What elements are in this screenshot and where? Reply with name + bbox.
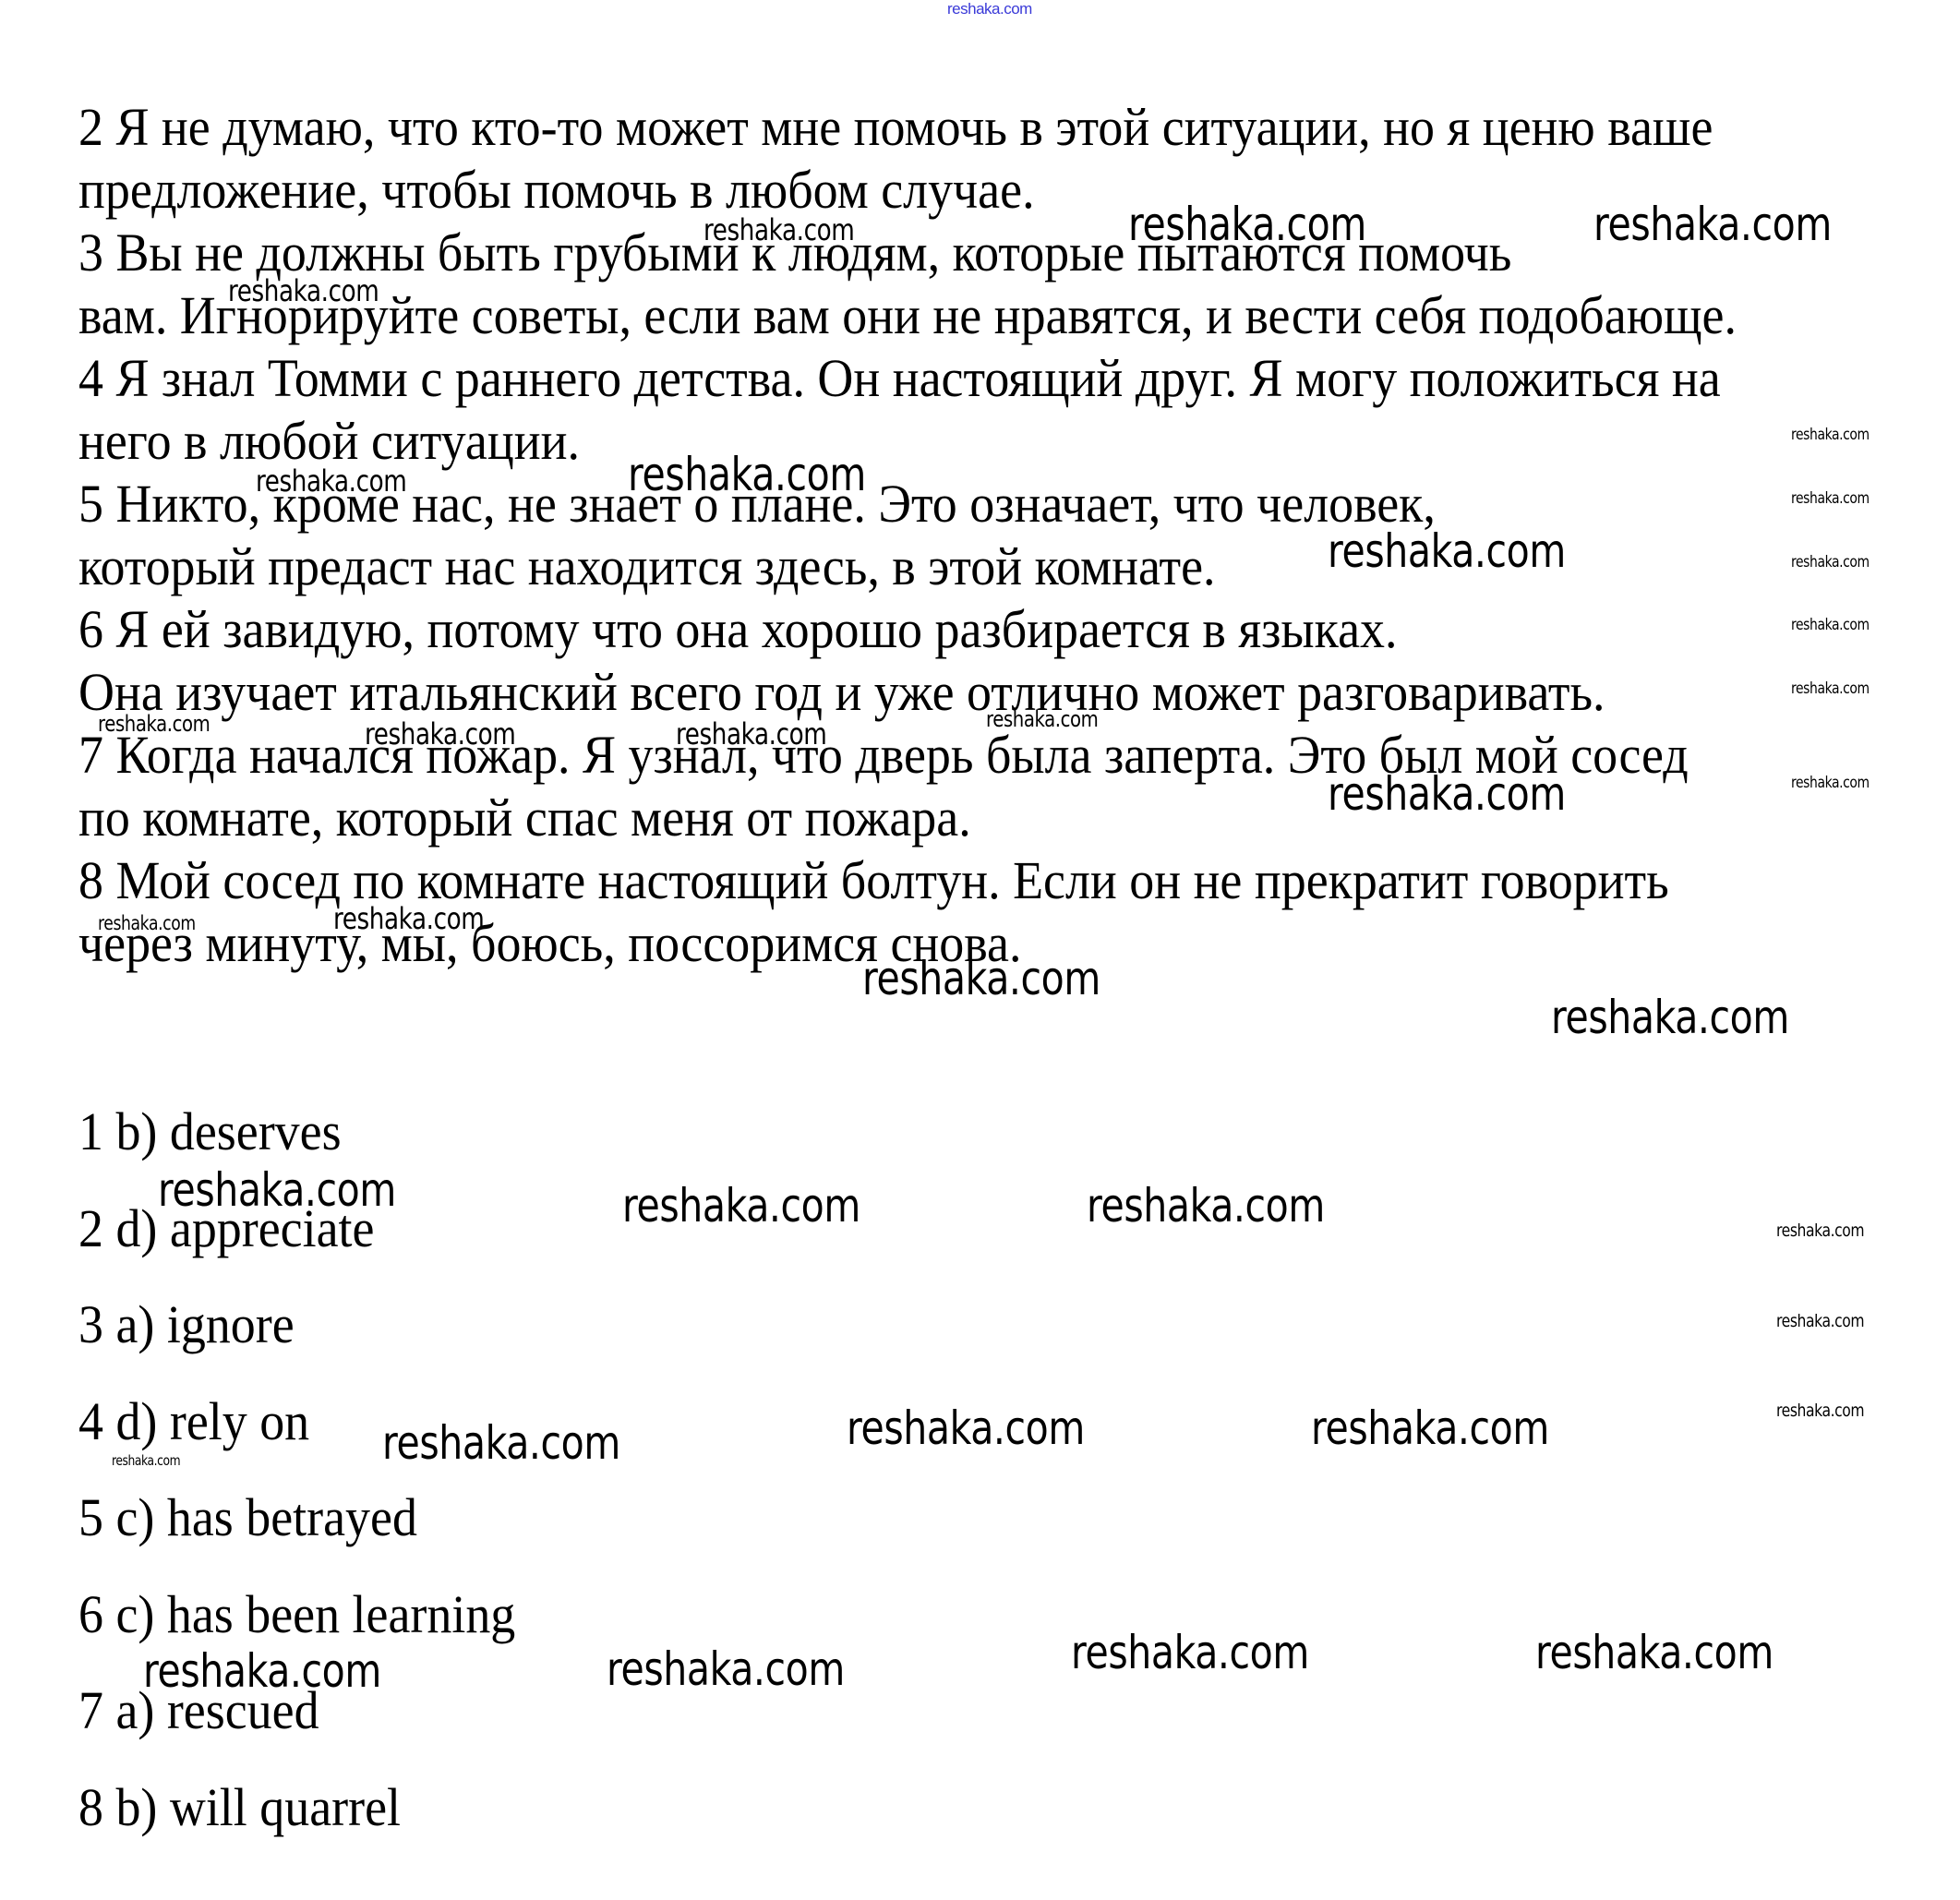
header-site-link[interactable]: reshaka.com	[947, 0, 1032, 18]
answer-item: 8 b) will quarrel	[78, 1776, 515, 1873]
watermark: reshaka.com	[143, 1646, 381, 1696]
watermark: reshaka.com	[365, 718, 515, 750]
watermark: reshaka.com	[607, 1644, 845, 1694]
watermark: reshaka.com	[256, 465, 406, 497]
translation-line: 8 Мой сосед по комнате настоящий болтун.…	[78, 849, 1737, 912]
watermark: reshaka.com	[1791, 680, 1870, 698]
translation-line: предложение, чтобы помочь в любом случае…	[78, 159, 1737, 222]
watermark: reshaka.com	[228, 275, 379, 307]
watermark: reshaka.com	[1776, 1402, 1864, 1420]
watermark: reshaka.com	[382, 1418, 620, 1468]
watermark: reshaka.com	[676, 718, 826, 750]
translation-line: 2 Я не думаю, что кто-то может мне помоч…	[78, 96, 1737, 159]
watermark: reshaka.com	[703, 214, 854, 246]
watermark: reshaka.com	[986, 711, 1098, 728]
translation-line: Она изучает итальянский всего год и уже …	[78, 661, 1737, 724]
watermark: reshaka.com	[1128, 199, 1366, 249]
watermark: reshaka.com	[622, 1181, 860, 1231]
answer-item: 3 a) ignore	[78, 1293, 515, 1390]
watermark: reshaka.com	[1328, 769, 1566, 819]
watermark: reshaka.com	[847, 1403, 1085, 1453]
watermark: reshaka.com	[1593, 199, 1832, 249]
document-page: reshaka.com 2 Я не думаю, что кто-то мож…	[0, 0, 1960, 1900]
watermark: reshaka.com	[1791, 427, 1870, 444]
watermark: reshaka.com	[98, 915, 196, 932]
watermark: reshaka.com	[1328, 526, 1566, 576]
watermark: reshaka.com	[862, 954, 1100, 1004]
watermark: reshaka.com	[1535, 1628, 1774, 1678]
watermark: reshaka.com	[1791, 554, 1870, 571]
watermark: reshaka.com	[1776, 1222, 1864, 1240]
watermark: reshaka.com	[1551, 992, 1789, 1042]
watermark: reshaka.com	[1791, 490, 1870, 508]
watermark: reshaka.com	[1791, 617, 1870, 634]
watermark: reshaka.com	[628, 450, 866, 499]
watermark: reshaka.com	[158, 1165, 396, 1215]
answer-item: 5 c) has betrayed	[78, 1486, 515, 1583]
watermark: reshaka.com	[1776, 1313, 1864, 1330]
watermark: reshaka.com	[1071, 1628, 1309, 1678]
watermark: reshaka.com	[1087, 1181, 1325, 1231]
watermark: reshaka.com	[1311, 1403, 1549, 1453]
watermark: reshaka.com	[333, 903, 484, 934]
translation-line: 4 Я знал Томми с раннего детства. Он нас…	[78, 347, 1737, 410]
watermark: reshaka.com	[98, 716, 210, 733]
translation-line: 6 Я ей завидую, потому что она хорошо ра…	[78, 598, 1737, 661]
watermark: reshaka.com	[1791, 775, 1870, 792]
watermark: reshaka.com	[112, 1452, 180, 1470]
